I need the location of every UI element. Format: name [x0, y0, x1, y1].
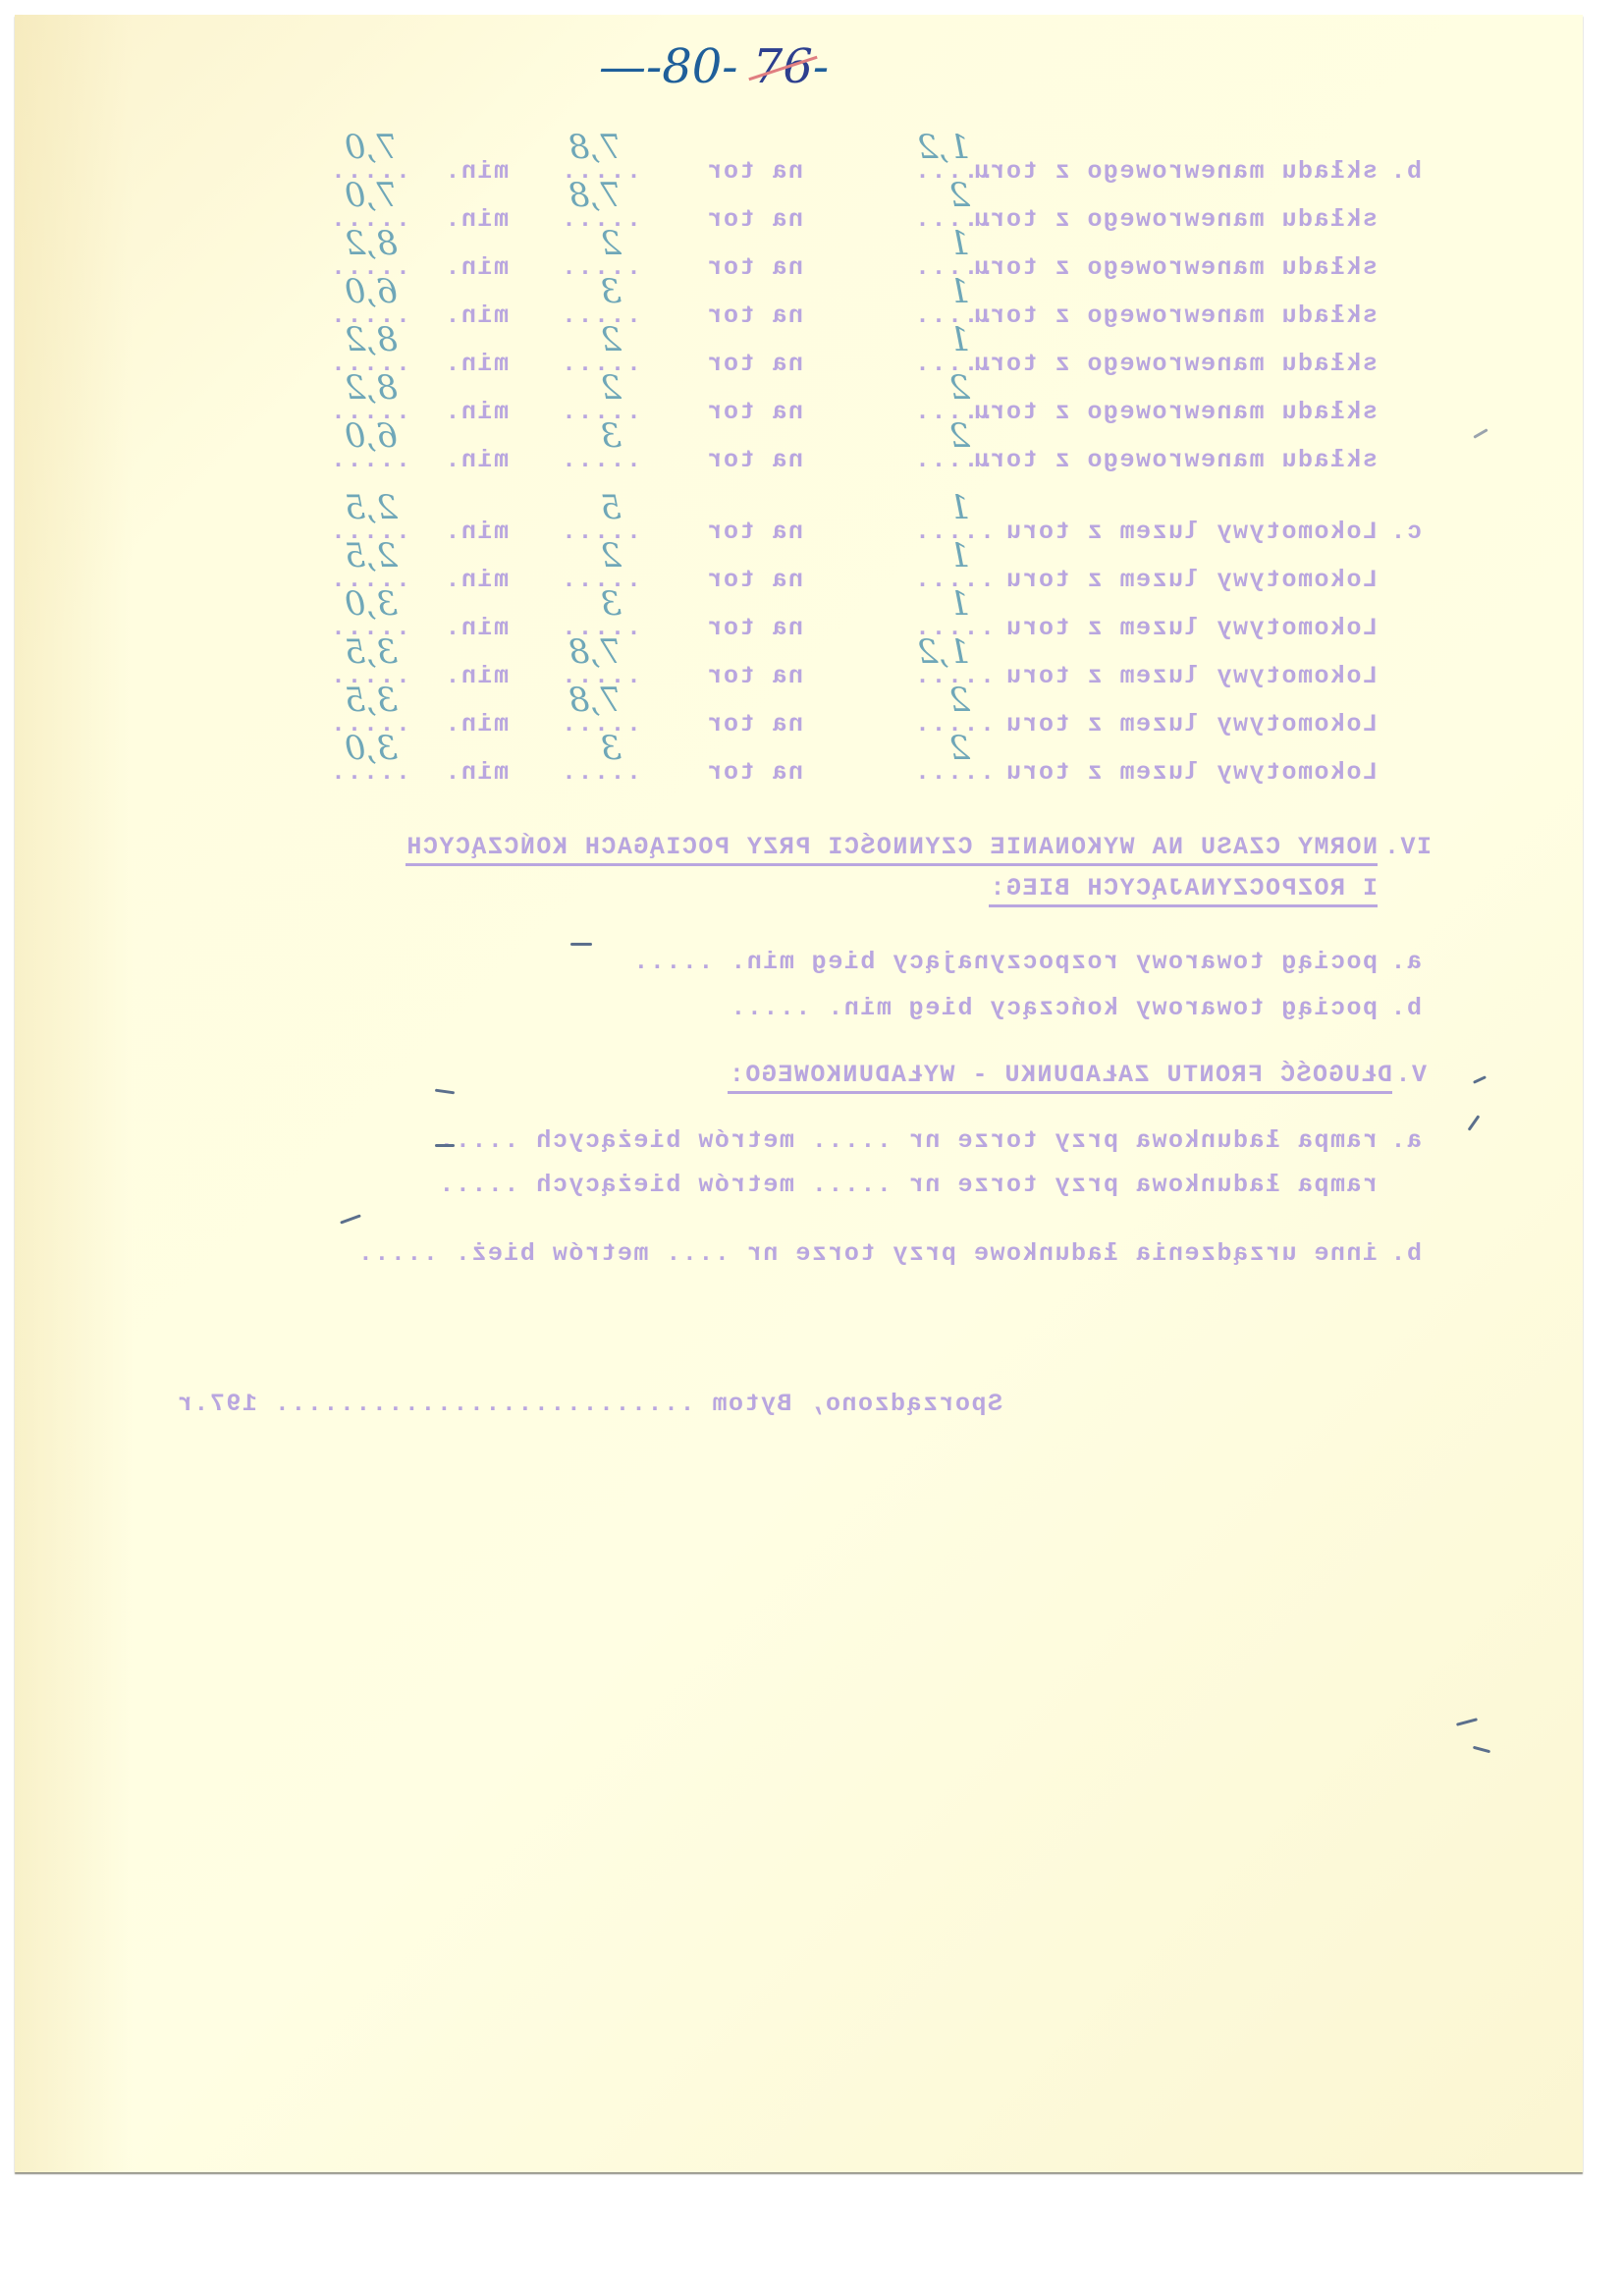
na-tor-text: na tor	[706, 566, 803, 594]
section-iv-label: IV.	[1382, 833, 1432, 861]
section-v-heading: DŁUGOŚĆ FRONTU ZAŁADUNKU - WYŁADUNKOWEGO…	[728, 1061, 1392, 1094]
handwritten-from-track: 2	[948, 368, 970, 408]
row-label: składu manewrowego z toru	[972, 350, 1378, 378]
section-iv-item-b: pociąg towarowy kończący bieg min. .....	[730, 994, 1378, 1022]
min-label: min.	[444, 398, 509, 426]
na-tor-text: na tor	[706, 398, 803, 426]
min-label: min.	[444, 758, 509, 787]
handwritten-minutes: 7,0	[345, 128, 398, 167]
na-tor-text: na tor	[706, 758, 803, 787]
handwritten-minutes: 3,5	[345, 681, 398, 720]
row-label: Lokomotywy luzem z toru	[1004, 614, 1378, 642]
section-v-item-b: inne urządzenia ładunkowe przy torze nr …	[356, 1239, 1378, 1268]
min-label: min.	[444, 566, 509, 594]
na-tor-text: na tor	[706, 205, 803, 234]
handwritten-from-track: 2	[948, 729, 970, 768]
handwritten-minutes: 2,5	[345, 536, 398, 575]
row-label: składu manewrowego z toru	[972, 446, 1378, 474]
section-iv-heading-line1: NORMY CZASU NA WYKONANIE CZYNNOŚCI PRZY …	[406, 833, 1378, 866]
na-tor-text: na tor	[706, 614, 803, 642]
handwritten-minutes: 8,2	[345, 224, 398, 263]
section-iv-heading-line2: I ROZPOCZYNAJĄCYCH BIEG:	[989, 874, 1378, 907]
handwritten-minutes: 3,0	[345, 584, 398, 624]
min-label: min.	[444, 253, 509, 282]
handwritten-minutes: 6,0	[345, 416, 398, 456]
handwritten-from-track: 2	[948, 176, 970, 215]
handwritten-to-track: 7,8	[568, 128, 622, 167]
handwritten-minutes: 3,0	[345, 729, 398, 768]
na-tor-text: na tor	[706, 446, 803, 474]
mirrored-bleed-through: b. składu manewrowego z toru.....1,2na t…	[0, 0, 1623, 2296]
section-b-label: b.	[1389, 157, 1422, 186]
na-tor-text: na tor	[706, 518, 803, 546]
section-iv-item-a: pociąg towarowy rozpoczynający bieg min.…	[632, 948, 1378, 976]
handwritten-to-track: 3	[600, 584, 622, 624]
section-iv-item-a-label: a.	[1389, 948, 1422, 976]
na-tor-text: na tor	[706, 662, 803, 690]
min-label: min.	[444, 614, 509, 642]
min-label: min.	[444, 710, 509, 738]
pen-mark	[570, 943, 592, 946]
row-label: Lokomotywy luzem z toru	[1004, 662, 1378, 690]
section-v-item-b-label: b.	[1389, 1239, 1422, 1268]
na-tor-text: na tor	[706, 253, 803, 282]
handwritten-to-track: 3	[600, 272, 622, 311]
pen-mark	[340, 1214, 361, 1224]
na-tor-text: na tor	[706, 350, 803, 378]
row-label: Lokomotywy luzem z toru	[1004, 566, 1378, 594]
section-v-item-a-label: a.	[1389, 1126, 1422, 1155]
section-v-item-a2: rampa ładunkowa przy torze nr ..... metr…	[438, 1171, 1378, 1199]
handwritten-from-track: 1	[948, 488, 970, 527]
handwritten-to-track: 3	[600, 416, 622, 456]
section-iv-item-b-label: b.	[1389, 994, 1422, 1022]
handwritten-to-track: 7,8	[568, 632, 622, 672]
handwritten-from-track: 2	[948, 416, 970, 456]
handwritten-to-track: 5	[600, 488, 622, 527]
handwritten-from-track: 1	[948, 584, 970, 624]
min-label: min.	[444, 205, 509, 234]
handwritten-to-track: 2	[600, 224, 622, 263]
handwritten-from-track: 1	[948, 536, 970, 575]
row-label: składu manewrowego z toru	[972, 157, 1378, 186]
handwritten-to-track: 2	[600, 536, 622, 575]
handwritten-minutes: 2,5	[345, 488, 398, 527]
section-v-item-a: rampa ładunkowa przy torze nr ..... metr…	[438, 1126, 1378, 1155]
min-label: min.	[444, 446, 509, 474]
handwritten-minutes: 8,2	[345, 320, 398, 359]
row-label: składu manewrowego z toru	[972, 253, 1378, 282]
handwritten-from-track: 1	[948, 224, 970, 263]
handwritten-from-track: 1	[948, 272, 970, 311]
pen-mark	[435, 1089, 455, 1095]
min-label: min.	[444, 518, 509, 546]
footer-signature-line: Sporządzono, Bytom .....................…	[176, 1390, 1002, 1418]
na-tor-text: na tor	[706, 157, 803, 186]
handwritten-to-track: 7,8	[568, 681, 622, 720]
handwritten-to-track: 3	[600, 729, 622, 768]
handwritten-minutes: 6,0	[345, 272, 398, 311]
row-label: składu manewrowego z toru	[972, 301, 1378, 330]
row-label: Lokomotywy luzem z toru	[1004, 518, 1378, 546]
min-label: min.	[444, 157, 509, 186]
min-label: min.	[444, 301, 509, 330]
min-label: min.	[444, 662, 509, 690]
handwritten-minutes: 3,5	[345, 632, 398, 672]
handwritten-to-track: 7,8	[568, 176, 622, 215]
handwritten-from-track: 1,2	[917, 632, 970, 672]
handwritten-from-track: 1	[948, 320, 970, 359]
na-tor-text: na tor	[706, 301, 803, 330]
min-label: min.	[444, 350, 509, 378]
na-tor-text: na tor	[706, 710, 803, 738]
row-label: Lokomotywy luzem z toru	[1004, 758, 1378, 787]
handwritten-to-track: 2	[600, 368, 622, 408]
row-label: Lokomotywy luzem z toru	[1004, 710, 1378, 738]
section-v-label: V.	[1394, 1061, 1427, 1089]
handwritten-minutes: 8,2	[345, 368, 398, 408]
handwritten-minutes: 7,0	[345, 176, 398, 215]
row-label: składu manewrowego z toru	[972, 398, 1378, 426]
handwritten-to-track: 2	[600, 320, 622, 359]
row-label: składu manewrowego z toru	[972, 205, 1378, 234]
handwritten-from-track: 2	[948, 681, 970, 720]
pen-mark	[435, 1144, 455, 1147]
section-c-label: c.	[1389, 518, 1422, 546]
handwritten-from-track: 1,2	[917, 128, 970, 167]
